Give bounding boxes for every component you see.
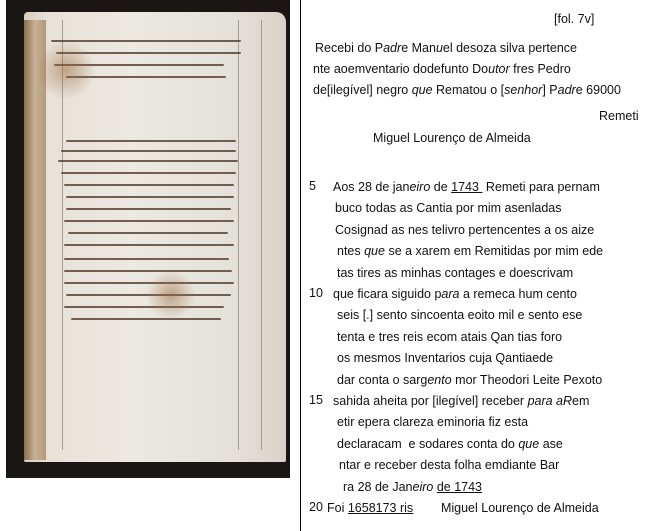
text-segment: nte aoemventario dodefunto Do xyxy=(313,62,488,76)
text-segment: ntes xyxy=(337,244,364,258)
text-segment: 1743 xyxy=(451,180,482,194)
text-segment: ntar e receber desta folha emdiante Bar xyxy=(339,458,559,472)
transcription-line: ra 28 de Janeiro de 1743 xyxy=(343,479,482,495)
text-segment: adr xyxy=(558,83,576,97)
text-segment: que ficara siguido p xyxy=(333,287,441,301)
text-segment: e Man xyxy=(401,41,436,55)
text-segment: el desoza silva pertence xyxy=(443,41,577,55)
stain xyxy=(36,40,96,100)
transcription-line: que ficara siguido para a remeca hum cen… xyxy=(333,286,577,302)
transcription-line: buco todas as Cantia por mim asenladas xyxy=(335,200,562,216)
manuscript-photo xyxy=(6,0,290,478)
header-line: de[ilegível] negro que Rematou o [senhor… xyxy=(313,82,621,98)
transcription-line: Cosignad as nes telivro pertencentes a o… xyxy=(335,222,594,238)
transcription-line: tas tires as minhas contages e doescriva… xyxy=(337,265,573,281)
text-segment: sahida aheita por [ilegível] receber xyxy=(333,394,528,408)
signature-top: Miguel Lourenço de Almeida xyxy=(373,130,531,146)
text-segment: 1658173 ris xyxy=(348,501,413,515)
text-segment: a remeca hum cento xyxy=(459,287,576,301)
text-segment: ara xyxy=(441,287,459,301)
line-number: 20 xyxy=(309,500,323,514)
text-segment: seis [.] sento sincoenta eoito mil e sen… xyxy=(337,308,582,322)
text-segment: de xyxy=(430,180,451,194)
text-segment: etir epera clareza eminoria fiz esta xyxy=(337,415,528,429)
transcription-line: declaracam e sodares conta do que ase xyxy=(337,436,563,452)
text-segment: utor xyxy=(488,62,510,76)
line-number: 5 xyxy=(309,179,316,193)
text-segment: fres Pedro xyxy=(510,62,571,76)
line-number: 10 xyxy=(309,286,323,300)
text-segment: Recebi do P xyxy=(315,41,383,55)
text-segment: buco todas as Cantia por mim asenladas xyxy=(335,201,562,215)
transcription-line: dar conta o sargento mor Theodori Leite … xyxy=(337,372,602,388)
transcription-line: seis [.] sento sincoenta eoito mil e sen… xyxy=(337,307,582,323)
text-segment: de 1743 xyxy=(437,480,482,494)
text-segment: Miguel Lourenço de Almeida xyxy=(413,501,599,515)
transcription-line: sahida aheita por [ilegível] receber par… xyxy=(333,393,589,409)
header-line: Recebi do Padre Manuel desoza silva pert… xyxy=(315,40,577,56)
text-segment: Rematou o [ xyxy=(433,83,505,97)
text-segment: ra 28 de Jan xyxy=(343,480,413,494)
stain xyxy=(146,270,196,320)
text-segment: eiro xyxy=(413,480,434,494)
transcription-line: tenta e tres reis ecom atais Qan tias fo… xyxy=(337,329,562,345)
line-number: 15 xyxy=(309,393,323,407)
text-segment: Cosignad as nes telivro pertencentes a o… xyxy=(335,223,594,237)
remeti-note: Remeti xyxy=(599,108,639,124)
text-segment: em xyxy=(572,394,589,408)
transcription-line: ntar e receber desta folha emdiante Bar xyxy=(339,457,559,473)
text-segment: Foi xyxy=(327,501,348,515)
text-segment: declaracam e sodares conta do xyxy=(337,437,518,451)
header-line: nte aoemventario dodefunto Doutor fres P… xyxy=(313,61,571,77)
text-segment: senhor xyxy=(504,83,542,97)
text-segment: u xyxy=(436,41,443,55)
transcription-line: Aos 28 de janeiro de 1743 Remeti para pe… xyxy=(333,179,600,195)
transcription-line: Foi 1658173 ris Miguel Lourenço de Almei… xyxy=(327,500,599,516)
text-segment: tas tires as minhas contages e doescriva… xyxy=(337,266,573,280)
text-segment: dar conta o sarg xyxy=(337,373,427,387)
text-segment: Aos 28 de jan xyxy=(333,180,409,194)
transcription-line: ntes que se a xarem em Remitidas por mim… xyxy=(337,243,603,259)
transcription-line: os mesmos Inventarios cuja Qantiaede xyxy=(337,350,553,366)
text-segment: que xyxy=(518,437,539,451)
transcription-line: etir epera clareza eminoria fiz esta xyxy=(337,414,528,430)
text-segment: os mesmos Inventarios cuja Qantiaede xyxy=(337,351,553,365)
text-segment: adr xyxy=(383,41,401,55)
text-segment: tenta e tres reis ecom atais Qan tias fo… xyxy=(337,330,562,344)
text-segment: mor Theodori Leite Pexoto xyxy=(452,373,603,387)
text-segment: eiro xyxy=(409,180,430,194)
text-segment: de[ilegível] negro xyxy=(313,83,412,97)
margin-rule-right xyxy=(238,20,239,450)
text-segment: Remeti para pernam xyxy=(482,180,599,194)
margin-rule-outer xyxy=(261,20,262,450)
text-segment: que xyxy=(412,83,433,97)
text-segment: e 69000 xyxy=(576,83,621,97)
text-segment: ] P xyxy=(542,83,557,97)
transcription-panel: [fol. 7v] Recebi do Padre Manuel desoza … xyxy=(301,0,669,531)
text-segment: ento xyxy=(427,373,451,387)
text-segment: para aR xyxy=(528,394,572,408)
folio-label: [fol. 7v] xyxy=(554,11,594,27)
text-segment: ase xyxy=(539,437,563,451)
text-segment: que xyxy=(364,244,385,258)
text-segment: se a xarem em Remitidas por mim ede xyxy=(385,244,603,258)
